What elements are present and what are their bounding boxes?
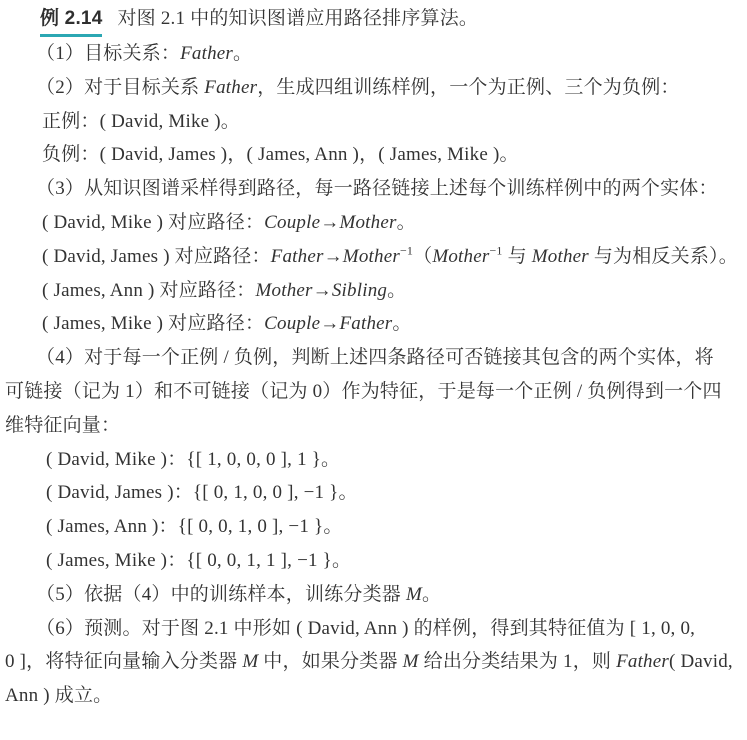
body-text: 。 [397, 212, 416, 233]
relation-name-text: Father [180, 43, 233, 64]
text-line: （5）依据（4）中的训练样本，训练分类器 M。 [0, 578, 747, 612]
body-text: （ [413, 246, 432, 267]
text-line: ( James, Ann ) 对应路径：Mother→Sibling。 [0, 274, 747, 308]
text-line: （2）对于目标关系 Father，生成四组训练样例，一个为正例、三个为负例： [0, 71, 747, 105]
text-line: 负例：( David, James )，( James, Ann )，( Jam… [0, 138, 747, 172]
text-line: ( David, James ) 对应路径：Father→Mother−1（Mo… [0, 240, 747, 274]
body-text: （1）目标关系： [36, 43, 180, 64]
relation-name-text: Mother [432, 246, 489, 267]
text-line: ( David, Mike )：{[ 1, 0, 0, 0 ], 1 }。 [0, 443, 747, 477]
body-text: ( James, Mike ) 对应路径： [42, 313, 264, 334]
relation-name-text: Couple [264, 313, 320, 334]
body-text: 与 [503, 246, 532, 267]
relation-name-text: Mother [343, 246, 400, 267]
example-label: 例 2.14 [40, 8, 102, 37]
body-text: ( David, [669, 651, 733, 672]
relation-name-text: Mother [339, 212, 396, 233]
text-line: ( David, James )：{[ 0, 1, 0, 0 ], −1 }。 [0, 476, 747, 510]
text-line: ( James, Mike )：{[ 0, 0, 1, 1 ], −1 }。 [0, 544, 747, 578]
body-text: 负例：( David, James )，( James, Ann )，( Jam… [42, 144, 519, 165]
relation-name-text: M [242, 651, 258, 672]
relation-name-text: Sibling [332, 280, 387, 301]
document-page: 例 2.14对图 2.1 中的知识图谱应用路径排序算法。（1）目标关系：Fath… [0, 0, 747, 740]
body-text: （3）从知识图谱采样得到路径，每一路径链接上述每个训练样例中的两个实体： [36, 178, 718, 199]
body-text: ( David, James ) 对应路径： [42, 246, 271, 267]
text-line: 0 ]，将特征向量输入分类器 M 中，如果分类器 M 给出分类结果为 1，则 F… [0, 645, 747, 679]
body-text: （6）预测。对于图 2.1 中形如 ( David, Ann ) 的样例，得到其… [36, 618, 695, 639]
body-text: 对图 2.1 中的知识图谱应用路径排序算法。 [117, 8, 478, 29]
relation-name-text: Father [271, 246, 324, 267]
body-text: ( David, Mike ) 对应路径： [42, 212, 264, 233]
body-text: ( James, Ann )：{[ 0, 0, 1, 0 ], −1 }。 [46, 516, 343, 537]
text-line: 例 2.14对图 2.1 中的知识图谱应用路径排序算法。 [0, 2, 747, 37]
body-text: 维特征向量： [5, 415, 120, 436]
body-text: → [320, 313, 339, 334]
body-text: 中，如果分类器 [258, 651, 402, 672]
relation-name-text: Father [339, 313, 392, 334]
body-text: （2）对于目标关系 [36, 77, 204, 98]
body-text: → [320, 212, 339, 233]
body-text: −1 [489, 243, 502, 257]
body-text: 可链接（记为 1）和不可链接（记为 0）作为特征，于是每一个正例 / 负例得到一… [5, 381, 722, 402]
relation-name-text: Father [204, 77, 257, 98]
text-line: 可链接（记为 1）和不可链接（记为 0）作为特征，于是每一个正例 / 负例得到一… [0, 375, 747, 409]
body-text: ( James, Ann ) 对应路径： [42, 280, 256, 301]
text-line: ( David, Mike ) 对应路径：Couple→Mother。 [0, 206, 747, 240]
body-text: 与为相反关系）。 [589, 246, 738, 267]
body-text: 。 [422, 584, 441, 605]
body-text: ，生成四组训练样例，一个为正例、三个为负例： [257, 77, 679, 98]
relation-name-text: Father [616, 651, 669, 672]
body-text: 正例：( David, Mike )。 [42, 111, 240, 132]
body-text: 0 ]，将特征向量输入分类器 [5, 651, 242, 672]
document-body: 例 2.14对图 2.1 中的知识图谱应用路径排序算法。（1）目标关系：Fath… [0, 2, 747, 713]
text-line: （6）预测。对于图 2.1 中形如 ( David, Ann ) 的样例，得到其… [0, 612, 747, 646]
text-line: 维特征向量： [0, 409, 747, 443]
relation-name-text: M [403, 651, 419, 672]
body-text: 。 [392, 313, 411, 334]
body-text: → [313, 280, 332, 301]
text-line: （4）对于每一个正例 / 负例，判断上述四条路径可否链接其包含的两个实体，将 [0, 341, 747, 375]
body-text: 。 [233, 43, 252, 64]
body-text: ( David, Mike )：{[ 1, 0, 0, 0 ], 1 }。 [46, 449, 340, 470]
text-line: （1）目标关系：Father。 [0, 37, 747, 71]
body-text: （4）对于每一个正例 / 负例，判断上述四条路径可否链接其包含的两个实体，将 [36, 347, 714, 368]
body-text: −1 [400, 243, 413, 257]
body-text: （5）依据（4）中的训练样本，训练分类器 [36, 584, 406, 605]
relation-name-text: Mother [256, 280, 313, 301]
text-line: ( James, Mike ) 对应路径：Couple→Father。 [0, 307, 747, 341]
relation-name-text: M [406, 584, 422, 605]
body-text: 。 [387, 280, 406, 301]
body-text: ( James, Mike )：{[ 0, 0, 1, 1 ], −1 }。 [46, 550, 351, 571]
body-text: 给出分类结果为 1，则 [419, 651, 616, 672]
relation-name-text: Mother [532, 246, 589, 267]
relation-name-text: Couple [264, 212, 320, 233]
text-line: ( James, Ann )：{[ 0, 0, 1, 0 ], −1 }。 [0, 510, 747, 544]
text-line: 正例：( David, Mike )。 [0, 105, 747, 139]
text-line: （3）从知识图谱采样得到路径，每一路径链接上述每个训练样例中的两个实体： [0, 172, 747, 206]
body-text: ( David, James )：{[ 0, 1, 0, 0 ], −1 }。 [46, 482, 358, 503]
body-text: Ann ) 成立。 [5, 685, 112, 706]
text-line: Ann ) 成立。 [0, 679, 747, 713]
body-text: → [324, 246, 343, 267]
